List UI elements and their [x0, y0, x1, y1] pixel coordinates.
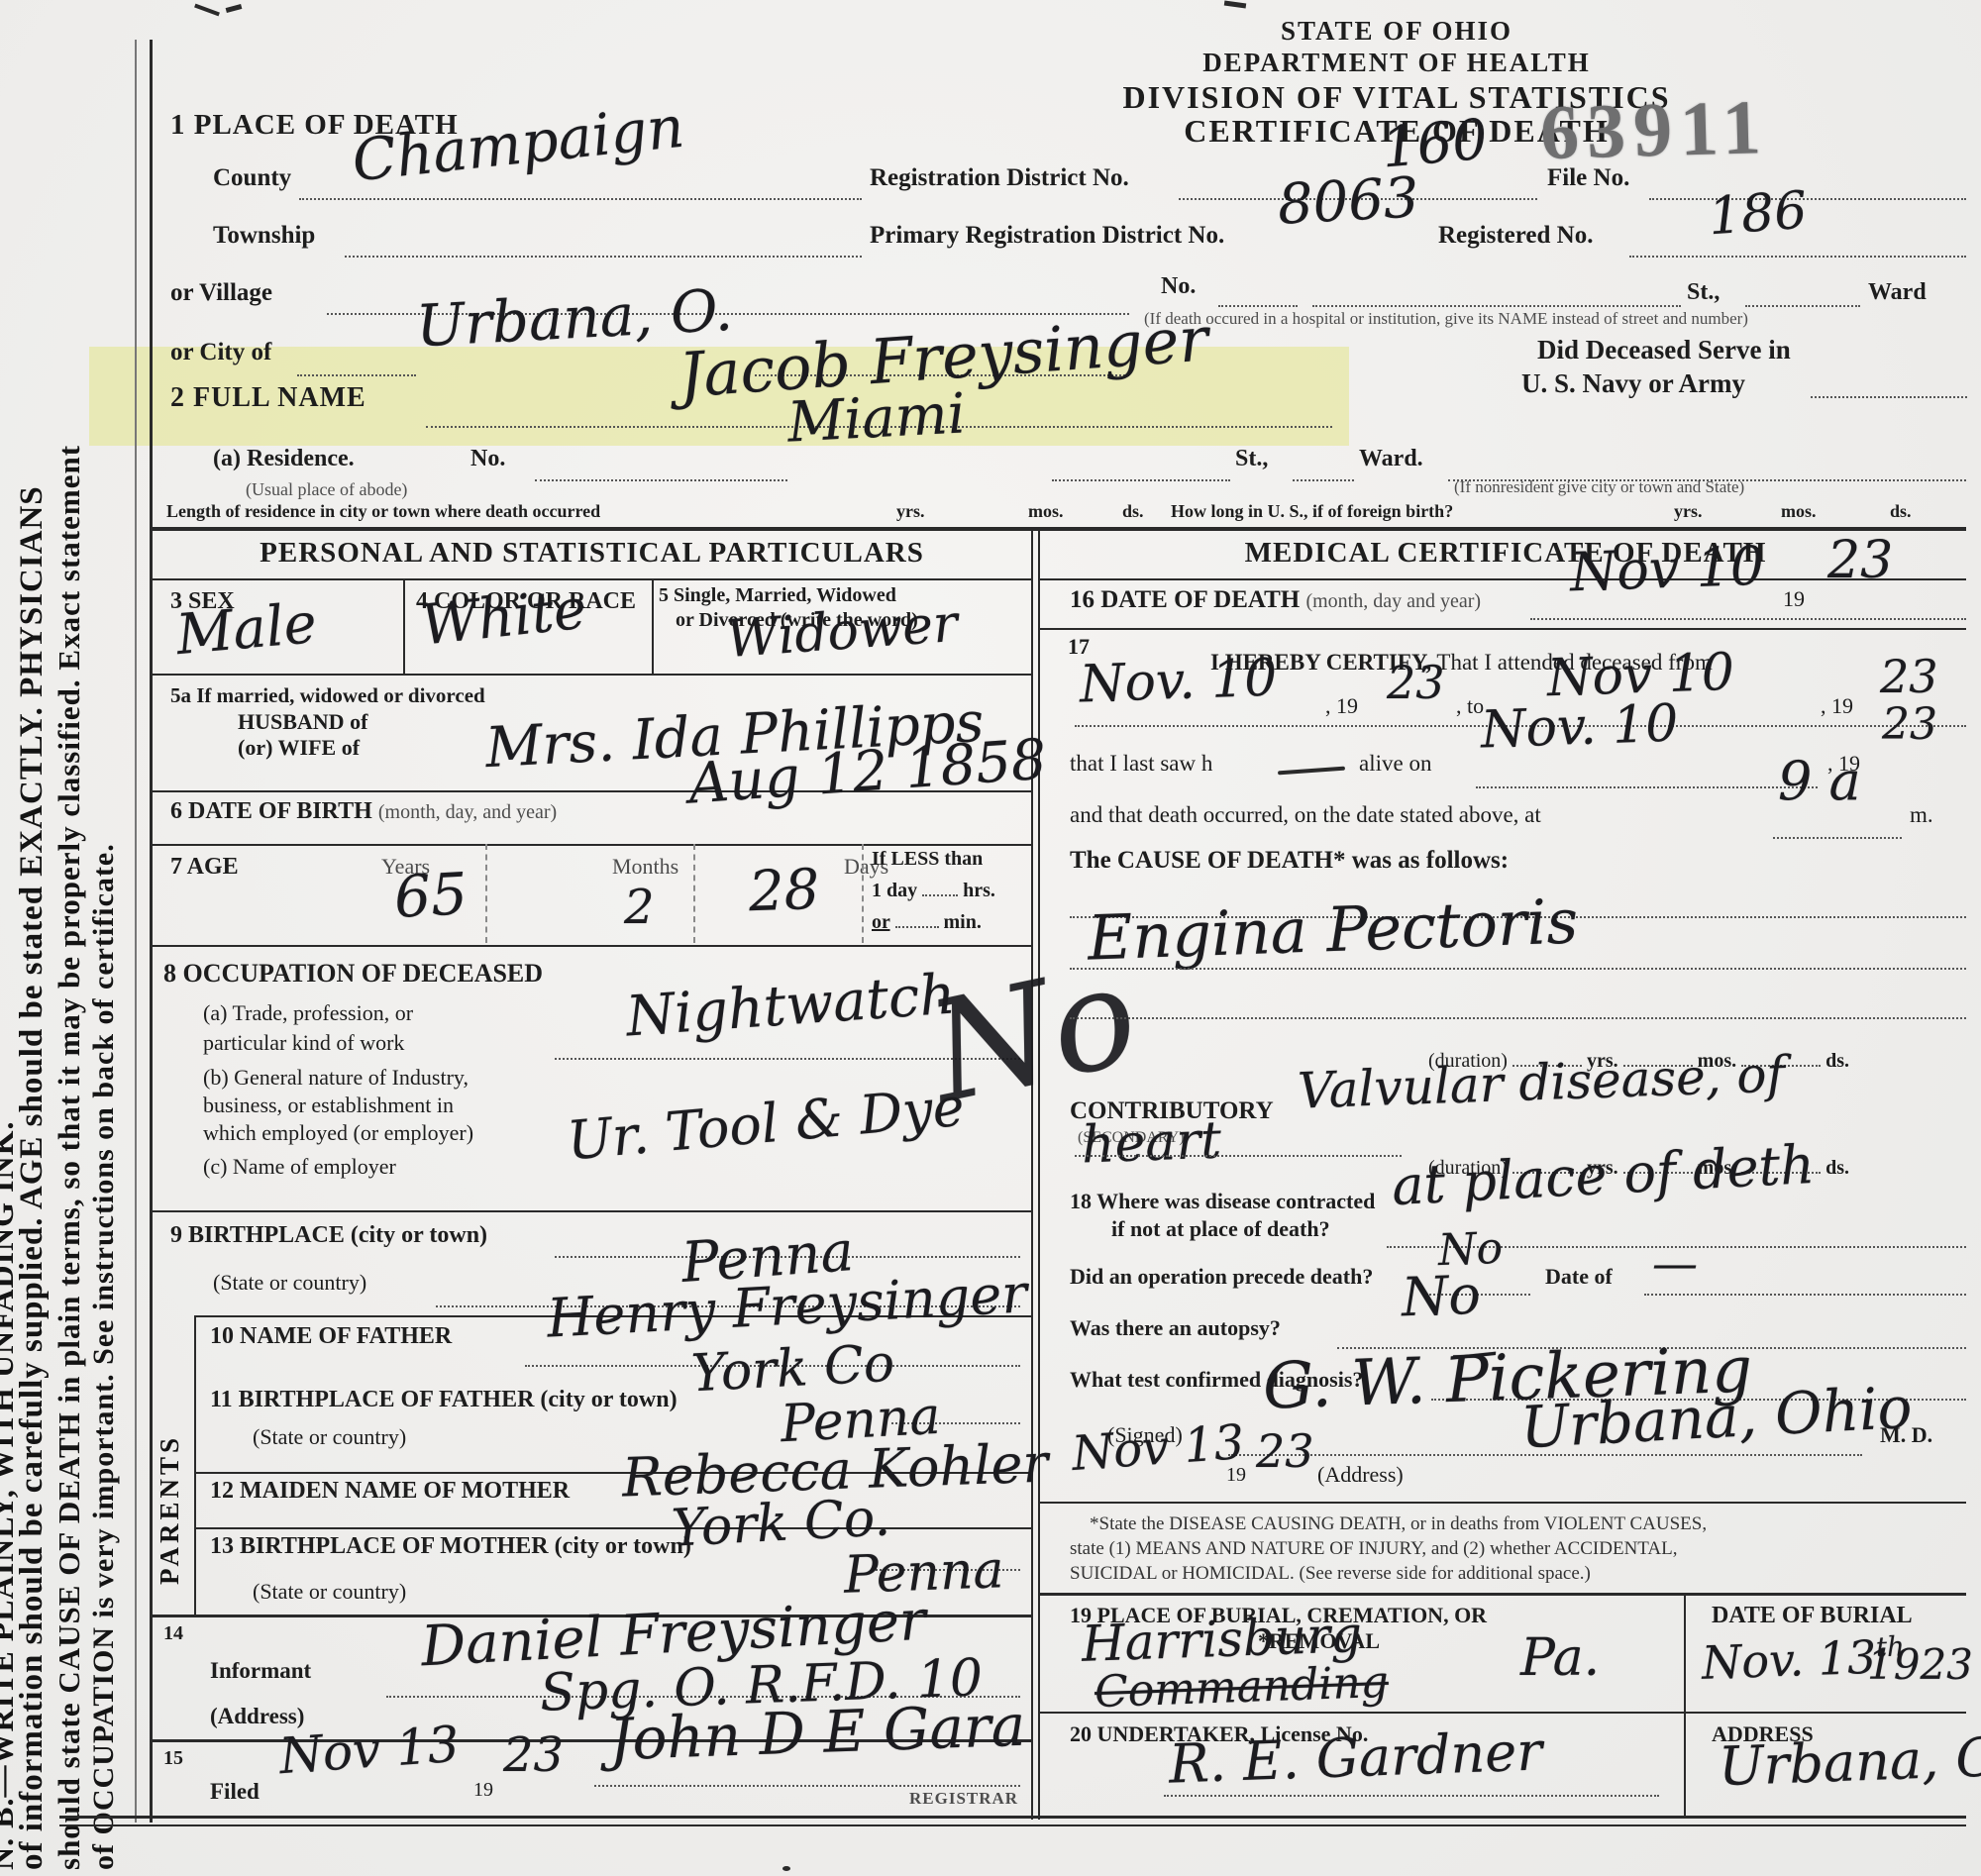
howlong-mos-label: mos.	[1781, 501, 1817, 522]
city-label: or City of	[170, 339, 271, 366]
age-months-label: Months	[612, 854, 678, 880]
duration2-ds: ds.	[1825, 1157, 1849, 1179]
reg-district-label: Registration District No.	[870, 164, 1129, 192]
footnote-line-3: SUICIDAL or HOMICIDAL. (See reverse side…	[1070, 1563, 1591, 1585]
street-line	[1312, 305, 1681, 307]
contributory-value: Valvular disease, of	[1297, 1049, 1786, 1115]
navy-label-2: U. S. Navy or Army	[1521, 368, 1745, 399]
spouse-label-1: 5a If married, widowed or divorced	[170, 683, 485, 708]
township-line	[345, 256, 862, 258]
age-months-value: 2	[624, 884, 655, 931]
filed-year-value: 23	[503, 1731, 564, 1779]
death-certificate-scan: N. B.—WRITE PLAINLY, WITH UNFADING INK. …	[0, 0, 1981, 1876]
sign-year-value: 23	[1256, 1428, 1314, 1474]
occ-b-label-2: business, or establishment in	[203, 1093, 454, 1118]
burial-date-main: Nov. 13	[1701, 1630, 1877, 1690]
undertaker-signature: R. E. Gardner	[1168, 1724, 1543, 1791]
dod-label: 16 DATE OF DEATH (month, day and year)	[1070, 586, 1481, 614]
navy-label-1: Did Deceased Serve in	[1537, 335, 1791, 365]
cell-divider	[652, 578, 654, 674]
age-cell-divider	[485, 844, 487, 943]
row-rule	[1040, 1712, 1966, 1714]
length-ds-label: ds.	[1122, 501, 1144, 522]
pen-scribble	[1278, 767, 1345, 776]
father-bp-label-main: 11 BIRTHPLACE OF FATHER (city or town)	[210, 1387, 678, 1412]
dod-label-sub: (month, day and year)	[1305, 590, 1481, 612]
burial-cell-divider	[1684, 1593, 1686, 1819]
registered-no-label: Registered No.	[1438, 222, 1593, 250]
filed-number: 15	[163, 1747, 183, 1770]
age-days-value: 28	[748, 863, 820, 920]
personal-title-rule	[152, 578, 1031, 580]
dob-label-main: 6 DATE OF BIRTH	[170, 798, 372, 824]
abode-note: (Usual place of abode)	[246, 479, 407, 500]
margin-instruction-2: of information should be carefully suppl…	[14, 485, 51, 1870]
filed-date-value: Nov 13	[277, 1720, 461, 1782]
full-name-label: 2 FULL NAME	[170, 382, 366, 414]
primary-reg-label: Primary Registration District No.	[870, 222, 1224, 250]
residence-st-label: St.,	[1235, 446, 1268, 472]
howlong-yrs-label: yrs.	[1674, 501, 1703, 522]
informant-address-label: (Address)	[210, 1704, 304, 1729]
filed-year-pre: 19	[473, 1779, 493, 1802]
cause-label: The CAUSE OF DEATH* was as follows:	[1070, 847, 1509, 875]
occ-a-value: Nightwatch	[624, 967, 957, 1045]
pen-mark	[194, 4, 220, 17]
informant-label: Informant	[210, 1658, 311, 1684]
undertaker-address-value: Urbana, O.	[1718, 1730, 1981, 1794]
burial-date-year: 1923	[1867, 1644, 1973, 1686]
hrs-line	[922, 883, 958, 896]
alive-on-label: alive on	[1359, 751, 1431, 777]
autopsy-label: Was there an autopsy?	[1070, 1315, 1281, 1341]
spouse-label-2: HUSBAND of	[238, 709, 367, 735]
father-bp-state-label: (State or country)	[253, 1424, 406, 1450]
row-rule	[152, 844, 1031, 846]
registered-no-line	[1629, 256, 1966, 258]
dod-year-pre: 19	[1783, 586, 1805, 612]
residence-no-line	[535, 479, 787, 481]
village-label: or Village	[170, 279, 272, 307]
residence-ward-line-1	[1293, 479, 1354, 481]
attended-from-year: 23	[1387, 660, 1445, 705]
column-divider-right	[1038, 527, 1040, 1820]
margin-instruction-3: should state CAUSE OF DEATH in plain ter…	[52, 445, 87, 1870]
mother-bp-label: 13 BIRTHPLACE OF MOTHER (city or town)	[210, 1533, 691, 1560]
header-state: STATE OF OHIO	[990, 16, 1803, 47]
registrar-label: REGISTRAR	[909, 1789, 1018, 1809]
cause-line-2	[1070, 968, 1966, 970]
birthplace-state-label: (State or country)	[213, 1270, 366, 1296]
city-line-1	[297, 374, 416, 376]
registrar-line	[594, 1785, 1020, 1787]
margin-rule-outer	[135, 40, 137, 1823]
howlong-label: How long in U. S., if of foreign birth?	[1171, 501, 1453, 522]
st-label: St.,	[1687, 279, 1720, 306]
sign-date-value: Nov 13	[1071, 1418, 1246, 1478]
county-line	[299, 198, 862, 200]
dob-label: 6 DATE OF BIRTH (month, day, and year)	[170, 798, 557, 825]
pen-mark	[1224, 0, 1246, 8]
less-than-label-2: 1 day hrs.	[872, 880, 995, 902]
age-years-value: 65	[393, 865, 469, 926]
parents-bracket-rule	[194, 1315, 196, 1616]
age-label: 7 AGE	[170, 854, 239, 881]
marital-value: Widower	[724, 598, 959, 666]
row-rule	[1040, 1502, 1966, 1504]
column-divider-left	[1031, 527, 1033, 1820]
personal-title: PERSONAL AND STATISTICAL PARTICULARS	[154, 537, 1030, 570]
where-contracted-value: at place of deth	[1391, 1138, 1816, 1213]
margin-instruction-4: of OCCUPATION is very important. See ins…	[87, 843, 121, 1870]
row-rule	[152, 674, 1031, 676]
operation-label: Did an operation precede death?	[1070, 1264, 1373, 1290]
footnote-line-2: state (1) MEANS AND NATURE OF INJURY, an…	[1070, 1538, 1677, 1560]
date-of-value: —	[1652, 1240, 1698, 1286]
cause-value: Engina Pectoris	[1087, 890, 1579, 969]
hospital-note: (If death occured in a hospital or insti…	[1144, 309, 1748, 329]
residence-street-line	[1052, 479, 1230, 481]
hrs-label: hrs.	[963, 880, 995, 901]
navy-line	[1811, 396, 1967, 398]
birthplace-label: 9 BIRTHPLACE (city or town)	[170, 1222, 487, 1249]
age-cell-divider	[693, 844, 695, 943]
attended-from-value: Nov. 10	[1079, 653, 1278, 711]
footnote-line-1: *State the DISEASE CAUSING DEATH, or in …	[1090, 1513, 1707, 1535]
ward-label: Ward	[1868, 279, 1927, 306]
dod-value: Nov 10	[1569, 540, 1765, 600]
less-than-label-1: If LESS than	[872, 848, 983, 871]
address-label: (Address)	[1317, 1462, 1404, 1488]
occupation-label: 8 OCCUPATION OF DECEASED	[163, 959, 543, 989]
mother-bp-state-label: (State or country)	[253, 1579, 406, 1605]
row-rule	[152, 945, 1031, 947]
primary-reg-value: 8063	[1277, 170, 1420, 233]
min-label: min.	[944, 911, 982, 933]
cell-divider	[403, 578, 405, 674]
death-time-line	[1773, 837, 1902, 839]
registrar-signature: John D E Gara	[608, 1697, 1026, 1769]
death-occurred-label: and that death occurred, on the date sta…	[1070, 802, 1541, 828]
last-saw-value: Nov. 10	[1480, 698, 1679, 757]
where-contracted-label-1: 18 Where was disease contracted	[1070, 1189, 1375, 1214]
file-no-line	[1649, 198, 1966, 200]
sex-value: Male	[174, 596, 319, 664]
age-cell-divider	[862, 844, 864, 943]
row-rule	[1040, 628, 1966, 630]
length-residence-label: Length of residence in city or town wher…	[166, 501, 600, 522]
physician-address-value: Urbana, Ohio	[1519, 1379, 1914, 1457]
residence-ward-label: Ward.	[1359, 446, 1423, 472]
pen-mark	[782, 1866, 790, 1871]
dob-label-sub: (month, day, and year)	[378, 801, 557, 823]
nonresident-note: (If nonresident give city or town and St…	[1454, 477, 1744, 497]
date-of-line	[1644, 1294, 1966, 1296]
occ-c-label: (c) Name of employer	[203, 1154, 396, 1180]
m-label: m.	[1910, 802, 1933, 828]
street-no-label: No.	[1161, 273, 1196, 300]
residence-label: (a) Residence.	[213, 446, 355, 472]
section-divider	[152, 527, 1966, 531]
attended-from-year-pre: , 19	[1325, 693, 1358, 719]
undertaker-line	[1164, 1795, 1659, 1797]
burial-place-struck-value: Commanding	[1094, 1661, 1389, 1715]
contributory-line	[1075, 1155, 1402, 1157]
occ-b-label-1: (b) General nature of Industry,	[203, 1065, 469, 1091]
township-label: Township	[213, 222, 315, 250]
row-rule	[152, 1210, 1031, 1212]
pen-mark	[226, 4, 243, 13]
street-no-line	[1218, 305, 1298, 307]
autopsy-value: No	[1401, 1269, 1482, 1325]
header-department: DEPARTMENT OF HEALTH	[990, 48, 1803, 78]
or-label: or	[872, 911, 890, 933]
color-value: White	[419, 581, 589, 654]
sign-year-pre: 19	[1226, 1464, 1246, 1487]
spouse-label-3: (or) WIFE of	[238, 735, 360, 761]
dod-label-main: 16 DATE OF DEATH	[1070, 586, 1300, 613]
parents-label: PARENTS	[155, 1434, 185, 1585]
occ-a-label-1: (a) Trade, profession, or	[203, 1000, 413, 1026]
county-label: County	[213, 164, 291, 192]
min-line	[895, 914, 939, 928]
howlong-ds-label: ds.	[1890, 501, 1912, 522]
burial-place-state-value: Pa.	[1520, 1632, 1600, 1684]
mother-name-label: 12 MAIDEN NAME OF MOTHER	[210, 1478, 570, 1505]
bottom-rule-1	[59, 1816, 1966, 1819]
file-no-label: File No.	[1547, 164, 1629, 192]
informant-number: 14	[163, 1622, 183, 1645]
residence-street-value: Miami	[786, 386, 967, 451]
dod-line	[1530, 618, 1966, 620]
attended-to-year-pre: , 19	[1821, 693, 1853, 719]
cause-line-3	[1070, 1017, 1966, 1019]
less-1day: 1 day	[872, 880, 917, 901]
occ-a-label-2: particular kind of work	[203, 1030, 404, 1056]
ward-line	[1745, 305, 1860, 307]
occ-c-value: Ur. Tool & Dye	[565, 1081, 966, 1169]
length-mos-label: mos.	[1028, 501, 1064, 522]
father-bp-label: 11 BIRTHPLACE OF FATHER (city or town)	[210, 1387, 678, 1413]
filed-label: Filed	[210, 1779, 260, 1805]
death-time-value: 9 a	[1778, 755, 1861, 808]
contributory-value-2: heart	[1081, 1115, 1222, 1172]
length-yrs-label: yrs.	[896, 501, 925, 522]
mother-bp-label-main: 13 BIRTHPLACE OF MOTHER (city or town)	[210, 1533, 691, 1559]
date-of-label: Date of	[1545, 1264, 1613, 1290]
registered-no-value: 186	[1707, 185, 1809, 244]
section-rule	[1040, 1593, 1966, 1596]
dod-year: 23	[1827, 535, 1893, 586]
where-contracted-label-2: if not at place of death?	[1111, 1216, 1330, 1242]
father-name-value: Henry Freysinger	[546, 1267, 1028, 1345]
last-saw-label: that I last saw h	[1070, 751, 1212, 777]
last-saw-line	[1476, 786, 1818, 788]
form-left-border	[150, 40, 153, 1823]
less-than-label-3: or min.	[872, 911, 982, 934]
attended-to-year: 23	[1880, 654, 1938, 699]
occ-b-label-3: which employed (or employer)	[203, 1120, 473, 1146]
father-name-label: 10 NAME OF FATHER	[210, 1323, 452, 1350]
residence-no-label: No.	[470, 446, 505, 472]
last-saw-year: 23	[1882, 703, 1937, 747]
file-number-stamp: 63911	[1539, 82, 1770, 177]
bottom-rule-2	[59, 1824, 1966, 1826]
duration-ds: ds.	[1825, 1050, 1849, 1072]
row-rule	[196, 1527, 1031, 1529]
burial-date-label: DATE OF BURIAL	[1712, 1603, 1913, 1629]
